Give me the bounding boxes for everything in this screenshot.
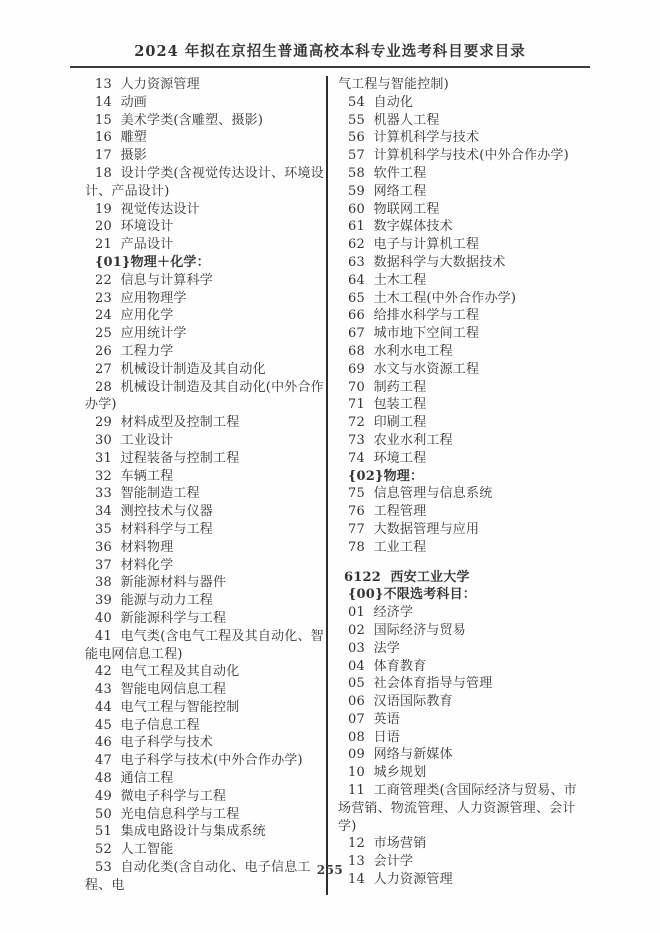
major-entry: 01 经济学: [338, 604, 590, 622]
major-entry: 73 农业水利工程: [338, 432, 590, 450]
major-entry: 15 美术学类(含雕塑、摄影): [85, 112, 326, 130]
major-entry: 52 人工智能: [85, 841, 326, 859]
major-entry: 19 视觉传达设计: [85, 201, 326, 219]
major-entry: 22 信息与计算科学: [85, 272, 326, 290]
major-entry: 23 应用物理学: [85, 290, 326, 308]
major-entry: 11 工商管理类(含国际经济与贸易、市场营销、物流管理、人力资源管理、会计学): [338, 782, 590, 835]
major-entry: 36 材料物理: [85, 539, 326, 557]
major-entry: 55 机器人工程: [338, 112, 590, 130]
major-entry: 06 汉语国际教育: [338, 693, 590, 711]
major-entry: 27 机械设计制造及其自动化: [85, 361, 326, 379]
subject-group-header: {01}物理＋化学：: [85, 254, 326, 272]
major-entry: 65 土木工程(中外合作办学): [338, 290, 590, 308]
major-entry: 43 智能电网信息工程: [85, 681, 326, 699]
right-column: 气工程与智能控制)54 自动化55 机器人工程56 计算机科学与技术57 计算机…: [328, 76, 590, 895]
major-entry: 10 城乡规划: [338, 764, 590, 782]
major-entry: 58 软件工程: [338, 165, 590, 183]
major-entry: 64 土木工程: [338, 272, 590, 290]
school-header: 6122 西安工业大学: [338, 569, 590, 587]
major-entry: 63 数据科学与大数据技术: [338, 254, 590, 272]
major-entry: 05 社会体育指导与管理: [338, 675, 590, 693]
subject-group-header: {02}物理：: [338, 468, 590, 486]
major-entry: 57 计算机科学与技术(中外合作办学): [338, 147, 590, 165]
major-entry: 61 数字媒体技术: [338, 218, 590, 236]
major-entry: 60 物联网工程: [338, 201, 590, 219]
major-entry: 33 智能制造工程: [85, 485, 326, 503]
major-entry: 54 自动化: [338, 94, 590, 112]
wrapped-continuation: 气工程与智能控制): [338, 76, 590, 94]
major-entry: 74 环境工程: [338, 450, 590, 468]
left-column: 13 人力资源管理14 动画15 美术学类(含雕塑、摄影)16 雕塑17 摄影1…: [70, 76, 328, 895]
major-entry: 13 人力资源管理: [85, 76, 326, 94]
major-entry: 21 产品设计: [85, 236, 326, 254]
major-entry: 40 新能源科学与工程: [85, 610, 326, 628]
major-entry: 26 工程力学: [85, 343, 326, 361]
major-entry: 41 电气类(含电气工程及其自动化、智能电网信息工程): [85, 628, 326, 664]
title-rule: [70, 66, 590, 68]
major-entry: 48 通信工程: [85, 770, 326, 788]
major-entry: 02 国际经济与贸易: [338, 622, 590, 640]
major-entry: 39 能源与动力工程: [85, 592, 326, 610]
subject-group-header: {00}不限选考科目：: [338, 586, 590, 604]
major-entry: 16 雕塑: [85, 129, 326, 147]
major-entry: 34 测控技术与仪器: [85, 503, 326, 521]
major-entry: 47 电子科学与技术(中外合作办学): [85, 752, 326, 770]
major-entry: 25 应用统计学: [85, 325, 326, 343]
major-entry: 69 水文与水资源工程: [338, 361, 590, 379]
major-entry: 04 体育教育: [338, 658, 590, 676]
major-entry: 08 日语: [338, 729, 590, 747]
major-entry: 38 新能源材料与器件: [85, 574, 326, 592]
major-entry: 76 工程管理: [338, 503, 590, 521]
major-entry: 28 机械设计制造及其自动化(中外合作办学): [85, 379, 326, 415]
major-entry: 71 包装工程: [338, 396, 590, 414]
major-entry: 72 印刷工程: [338, 414, 590, 432]
major-entry: 03 法学: [338, 640, 590, 658]
major-entry: 24 应用化学: [85, 307, 326, 325]
major-entry: 68 水利水电工程: [338, 343, 590, 361]
major-entry: 37 材料化学: [85, 557, 326, 575]
major-entry: 30 工业设计: [85, 432, 326, 450]
major-entry: 66 给排水科学与工程: [338, 307, 590, 325]
major-entry: 14 动画: [85, 94, 326, 112]
major-entry: 45 电子信息工程: [85, 717, 326, 735]
two-column-list: 13 人力资源管理14 动画15 美术学类(含雕塑、摄影)16 雕塑17 摄影1…: [70, 76, 590, 895]
major-entry: 78 工业工程: [338, 539, 590, 557]
major-entry: 07 英语: [338, 711, 590, 729]
blank-spacer: [338, 557, 590, 569]
major-entry: 20 环境设计: [85, 218, 326, 236]
major-entry: 77 大数据管理与应用: [338, 521, 590, 539]
major-entry: 46 电子科学与技术: [85, 734, 326, 752]
major-entry: 31 过程装备与控制工程: [85, 450, 326, 468]
major-entry: 17 摄影: [85, 147, 326, 165]
major-entry: 32 车辆工程: [85, 468, 326, 486]
major-entry: 29 材料成型及控制工程: [85, 414, 326, 432]
page-title: 2024 年拟在京招生普通高校本科专业选考科目要求目录: [0, 0, 660, 62]
major-entry: 35 材料科学与工程: [85, 521, 326, 539]
major-entry: 12 市场营销: [338, 835, 590, 853]
major-entry: 59 网络工程: [338, 183, 590, 201]
major-entry: 70 制药工程: [338, 379, 590, 397]
major-entry: 50 光电信息科学与工程: [85, 806, 326, 824]
major-entry: 09 网络与新媒体: [338, 746, 590, 764]
major-entry: 67 城市地下空间工程: [338, 325, 590, 343]
major-entry: 56 计算机科学与技术: [338, 129, 590, 147]
major-entry: 44 电气工程与智能控制: [85, 699, 326, 717]
major-entry: 75 信息管理与信息系统: [338, 485, 590, 503]
major-entry: 49 微电子科学与工程: [85, 788, 326, 806]
document-page: 2024 年拟在京招生普通高校本科专业选考科目要求目录 13 人力资源管理14 …: [0, 0, 660, 933]
major-entry: 62 电子与计算机工程: [338, 236, 590, 254]
major-entry: 18 设计学类(含视觉传达设计、环境设计、产品设计): [85, 165, 326, 201]
major-entry: 42 电气工程及其自动化: [85, 663, 326, 681]
major-entry: 51 集成电路设计与集成系统: [85, 823, 326, 841]
page-number: 255: [0, 863, 660, 877]
